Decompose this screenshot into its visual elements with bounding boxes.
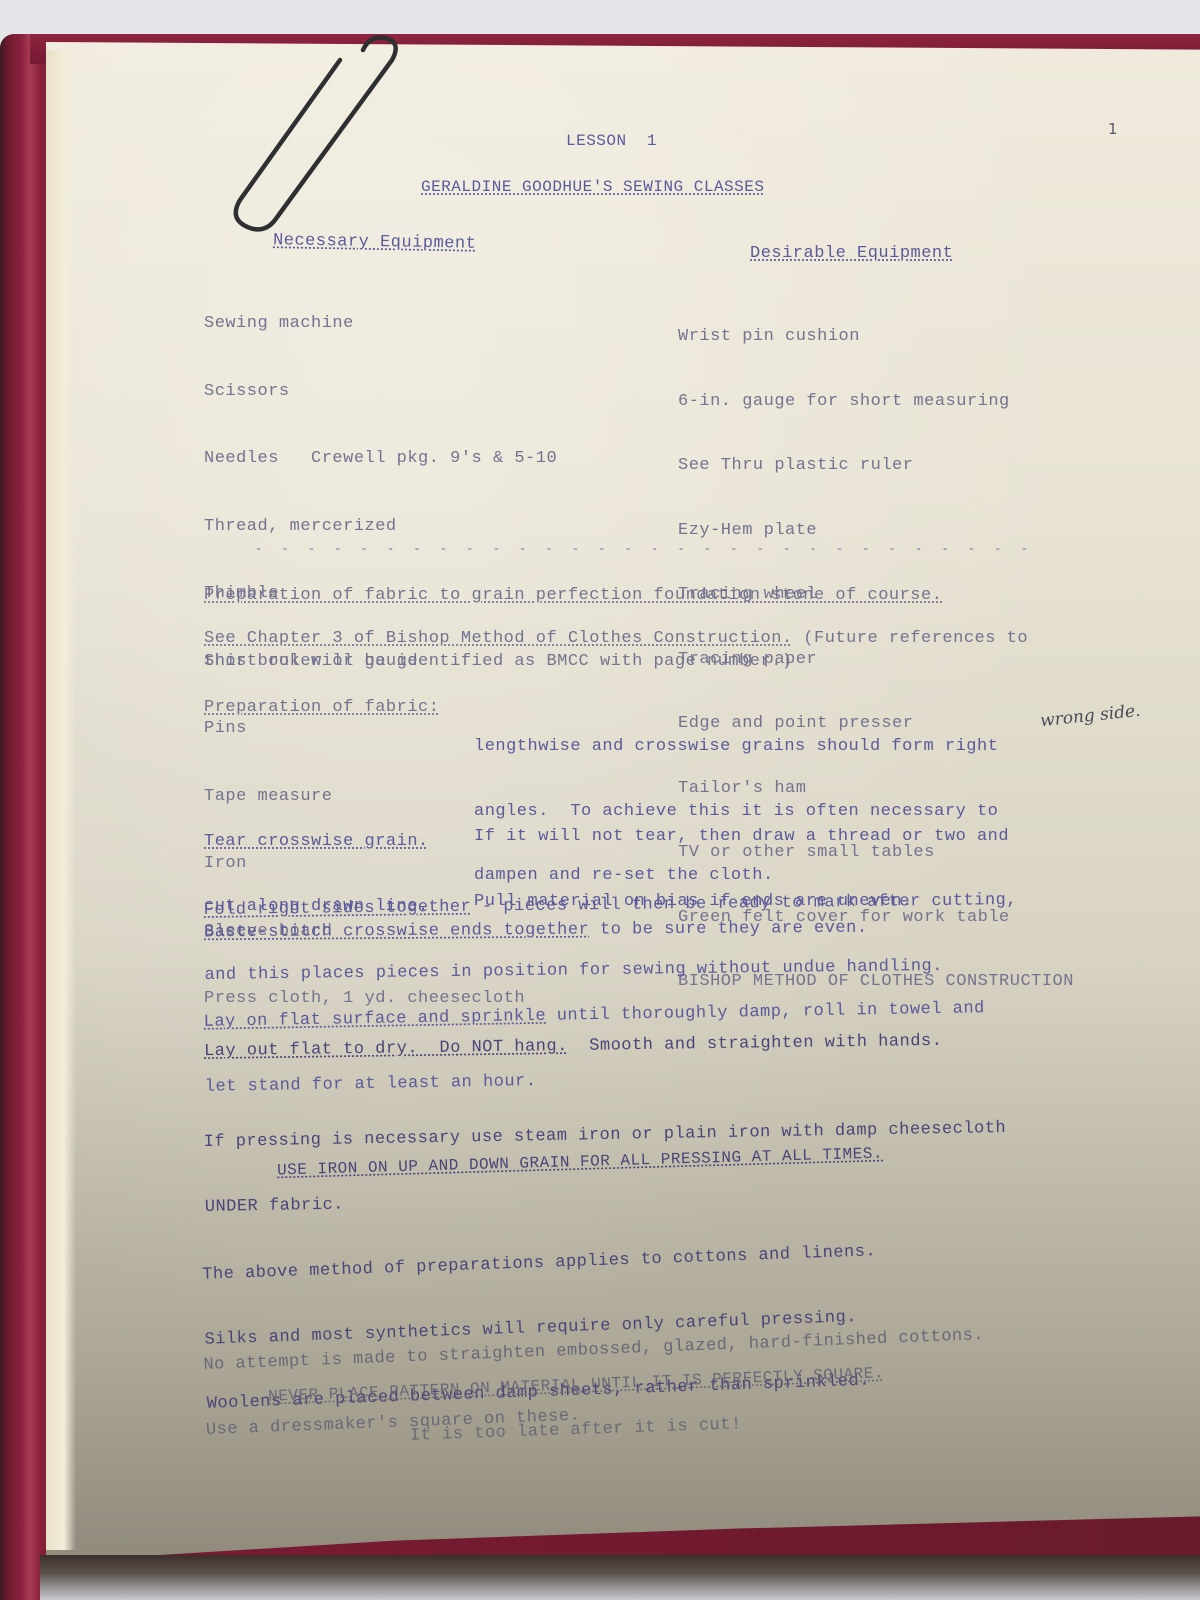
list-item: Needles Crewell pkg. 9's & 5-10 xyxy=(204,448,557,471)
separator-line: - - - - - - - - - - - - - - - - - - - - … xyxy=(255,542,1034,556)
paragraph-reference: See Chapter 3 of Bishop Method of Clothe… xyxy=(204,628,1028,650)
necessary-heading: Necessary Equipment xyxy=(273,230,477,255)
list-item: Wrist pin cushion xyxy=(678,326,1074,348)
list-item: See Thru plastic ruler xyxy=(678,455,1074,477)
list-item: Sewing machine xyxy=(204,313,557,336)
page-title: GERALDINE GOODHUE'S SEWING CLASSES xyxy=(421,177,764,199)
preparation-label: Preparation of fabric: xyxy=(204,697,439,719)
list-item: Ezy-Hem plate xyxy=(678,520,1074,542)
list-item: 6-in. gauge for short measuring xyxy=(678,391,1074,413)
paper-fold xyxy=(46,50,76,1550)
list-item: Scissors xyxy=(204,381,557,404)
desirable-heading: Desirable Equipment xyxy=(750,243,953,265)
page-number: 1 xyxy=(1108,120,1118,138)
paragraph-reference-line2: this book will be identified as BMCC wit… xyxy=(204,651,793,673)
paragraph-intro: Preparation of fabric to grain perfectio… xyxy=(204,585,942,607)
lesson-label: LESSON 1 xyxy=(566,131,657,153)
list-item: Thread, mercerized xyxy=(204,516,557,539)
paperclip-icon xyxy=(220,30,420,240)
table-edge xyxy=(40,1555,1200,1600)
